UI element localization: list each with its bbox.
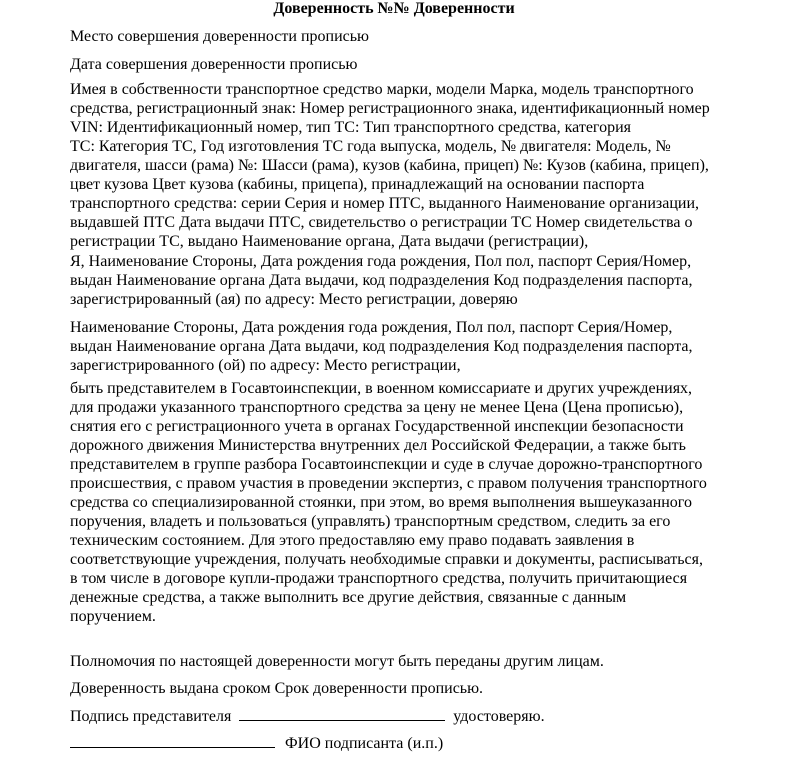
paragraph-line: в том числе в договоре купли-продажи тра… bbox=[70, 569, 707, 588]
paragraph-line: двигателя, шасси (рама) №: Шасси (рама),… bbox=[70, 156, 710, 175]
vehicle-paragraph: Имея в собственности транспортное средст… bbox=[70, 80, 710, 251]
paragraph-line: выдан Наименование органа Дата выдачи, к… bbox=[70, 271, 693, 290]
paragraph-line: происшествия, с правом участия в проведе… bbox=[70, 474, 707, 493]
paragraph-line: дорожного движения Министерства внутренн… bbox=[70, 436, 707, 455]
paragraph-line: поручением. bbox=[70, 607, 707, 626]
paragraph-line: выдан Наименование органа Дата выдачи, к… bbox=[70, 337, 693, 356]
signature-rep-suffix: удостоверяю. bbox=[453, 708, 544, 725]
paragraph-line: Наименование Стороны, Дата рождения года… bbox=[70, 318, 693, 337]
paragraph-line: транспортного средства: серии Серия и но… bbox=[70, 194, 710, 213]
place-line: Место совершения доверенности прописью bbox=[70, 27, 369, 46]
representative-signature-line: Подпись представителя удостоверяю. bbox=[70, 706, 545, 726]
paragraph-line: регистрации ТС, выдано Наименование орга… bbox=[70, 232, 710, 251]
principal-paragraph: Я, Наименование Стороны, Дата рождения г… bbox=[70, 252, 693, 309]
signature-rep-blank[interactable] bbox=[239, 706, 445, 721]
term-line: Доверенность выдана сроком Срок доверенн… bbox=[70, 679, 483, 698]
paragraph-line: поручения, владеть и пользоваться (управ… bbox=[70, 512, 707, 531]
powers-paragraph: быть представителем в Госавтоинспекции, … bbox=[70, 379, 707, 626]
signer-label: ФИО подписанта (и.п.) bbox=[285, 735, 443, 752]
paragraph-line: VIN: Идентификационный номер, тип ТС: Ти… bbox=[70, 118, 710, 137]
representative-paragraph: Наименование Стороны, Дата рождения года… bbox=[70, 318, 693, 375]
paragraph-line: соответствующие учреждения, получать нео… bbox=[70, 550, 707, 569]
paragraph-line: техническим состоянием. Для этого предос… bbox=[70, 531, 707, 550]
paragraph-line: цвет кузова Цвет кузова (кабины, прицепа… bbox=[70, 175, 710, 194]
signature-rep-label: Подпись представителя bbox=[70, 708, 231, 725]
paragraph-line: зарегистрированного (ой) по адресу: Мест… bbox=[70, 356, 693, 375]
paragraph-line: средства, регистрационный знак: Номер ре… bbox=[70, 99, 710, 118]
paragraph-line: Я, Наименование Стороны, Дата рождения г… bbox=[70, 252, 693, 271]
paragraph-line: быть представителем в Госавтоинспекции, … bbox=[70, 379, 707, 398]
paragraph-line: снятия его с регистрационного учета в ор… bbox=[70, 417, 707, 436]
paragraph-line: средства со специализированной стоянки, … bbox=[70, 493, 707, 512]
signer-line: ФИО подписанта (и.п.) bbox=[70, 733, 443, 753]
paragraph-line: для продажи указанного транспортного сре… bbox=[70, 398, 707, 417]
delegation-line: Полномочия по настоящей доверенности мог… bbox=[70, 652, 604, 671]
paragraph-line: ТС: Категория ТС, Год изготовления ТС го… bbox=[70, 137, 710, 156]
signer-signature-blank[interactable] bbox=[70, 733, 275, 748]
paragraph-line: представителем в группе разбора Госавтои… bbox=[70, 455, 707, 474]
paragraph-line: зарегистрированный (ая) по адресу: Место… bbox=[70, 290, 693, 309]
paragraph-line: денежные средства, а также выполнить все… bbox=[70, 588, 707, 607]
paragraph-line: выдавшей ПТС Дата выдачи ПТС, свидетельс… bbox=[70, 213, 710, 232]
paragraph-line: Имея в собственности транспортное средст… bbox=[70, 80, 710, 99]
date-line: Дата совершения доверенности прописью bbox=[70, 55, 357, 74]
document-title: Доверенность №№ Доверенности bbox=[0, 0, 788, 18]
